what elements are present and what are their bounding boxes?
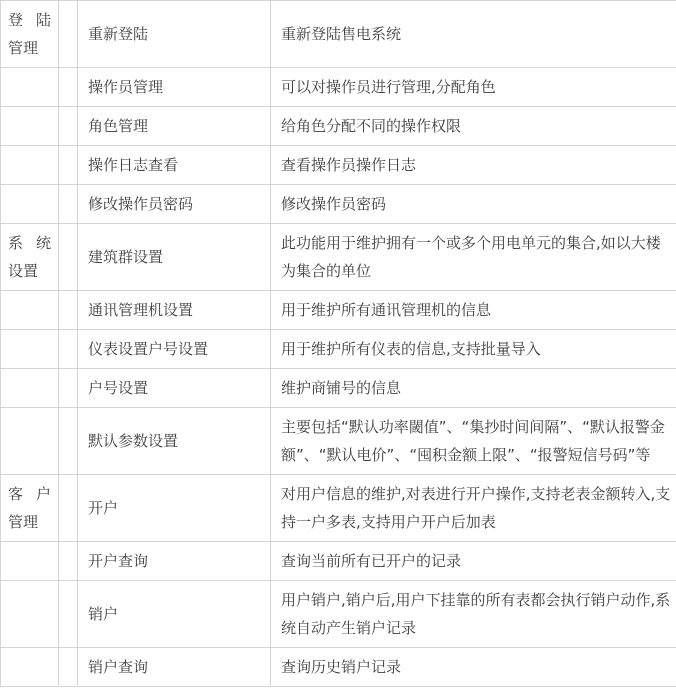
table-row: 通讯管理机设置 用于维护所有通讯管理机的信息: [1, 291, 676, 330]
description-cell: 查看操作员操作日志: [271, 146, 676, 185]
description-cell: 对用户信息的维护,对表进行开户操作,支持老表金额转入,支持一户多表,支持用户开户…: [271, 475, 676, 542]
spacer-cell: [59, 648, 78, 687]
description-cell: 修改操作员密码: [271, 185, 676, 224]
table-row: 客户管理 开户 对用户信息的维护,对表进行开户操作,支持老表金额转入,支持一户多…: [1, 475, 676, 542]
feature-cell: 通讯管理机设置: [78, 291, 271, 330]
table-row: 系统设置 建筑群设置 此功能用于维护拥有一个或多个用电单元的集合,如以大楼为集合…: [1, 224, 676, 291]
description-cell: 维护商铺号的信息: [271, 369, 676, 408]
feature-cell: 开户: [78, 475, 271, 542]
description-cell: 用于维护所有通讯管理机的信息: [271, 291, 676, 330]
feature-cell: 户号设置: [78, 369, 271, 408]
category-cell: [1, 185, 59, 224]
spacer-cell: [59, 330, 78, 369]
table-row: 默认参数设置 主要包括“默认功率閾值”、“集抄时间间隔”、“默认报警金额”、“默…: [1, 408, 676, 475]
category-cell: 登陆管理: [1, 1, 59, 68]
spacer-cell: [59, 107, 78, 146]
table-row: 开户查询 查询当前所有已开户的记录: [1, 542, 676, 581]
spacer-cell: [59, 185, 78, 224]
function-reference-table: 登陆管理 重新登陆 重新登陆售电系统 操作员管理 可以对操作员进行管理,分配角色…: [0, 0, 676, 687]
feature-cell: 操作员管理: [78, 68, 271, 107]
spacer-cell: [59, 408, 78, 475]
spacer-cell: [59, 224, 78, 291]
category-cell: 系统设置: [1, 224, 59, 291]
category-cell: [1, 369, 59, 408]
description-cell: 用于维护所有仪表的信息,支持批量导入: [271, 330, 676, 369]
table-row: 登陆管理 重新登陆 重新登陆售电系统: [1, 1, 676, 68]
table-row: 销户查询 查询历史销户记录: [1, 648, 676, 687]
feature-cell: 建筑群设置: [78, 224, 271, 291]
table-row: 操作员管理 可以对操作员进行管理,分配角色: [1, 68, 676, 107]
description-cell: 重新登陆售电系统: [271, 1, 676, 68]
feature-cell: 重新登陆: [78, 1, 271, 68]
table-row: 户号设置 维护商铺号的信息: [1, 369, 676, 408]
feature-cell: 开户查询: [78, 542, 271, 581]
category-cell: [1, 107, 59, 146]
spacer-cell: [59, 68, 78, 107]
description-cell: 查询当前所有已开户的记录: [271, 542, 676, 581]
category-cell: [1, 408, 59, 475]
spacer-cell: [59, 542, 78, 581]
category-cell: [1, 581, 59, 648]
feature-cell: 操作日志查看: [78, 146, 271, 185]
spacer-cell: [59, 369, 78, 408]
category-cell: [1, 648, 59, 687]
table-row: 操作日志查看 查看操作员操作日志: [1, 146, 676, 185]
table-row: 角色管理 给角色分配不同的操作权限: [1, 107, 676, 146]
category-cell: [1, 146, 59, 185]
feature-cell: 销户查询: [78, 648, 271, 687]
feature-cell: 默认参数设置: [78, 408, 271, 475]
table-row: 修改操作员密码 修改操作员密码: [1, 185, 676, 224]
description-cell: 查询历史销户记录: [271, 648, 676, 687]
spacer-cell: [59, 146, 78, 185]
description-cell: 可以对操作员进行管理,分配角色: [271, 68, 676, 107]
category-cell: [1, 330, 59, 369]
spacer-cell: [59, 1, 78, 68]
category-cell: 客户管理: [1, 475, 59, 542]
spacer-cell: [59, 291, 78, 330]
category-cell: [1, 68, 59, 107]
spacer-cell: [59, 475, 78, 542]
category-cell: [1, 542, 59, 581]
description-cell: 此功能用于维护拥有一个或多个用电单元的集合,如以大楼为集合的单位: [271, 224, 676, 291]
description-cell: 给角色分配不同的操作权限: [271, 107, 676, 146]
feature-cell: 修改操作员密码: [78, 185, 271, 224]
category-cell: [1, 291, 59, 330]
manual-page: 登陆管理 重新登陆 重新登陆售电系统 操作员管理 可以对操作员进行管理,分配角色…: [0, 0, 676, 695]
feature-cell: 销户: [78, 581, 271, 648]
table-row: 销户 用户销户,销户后,用户下挂靠的所有表都会执行销户动作,系统自动产生销户记录: [1, 581, 676, 648]
feature-cell: 仪表设置户号设置: [78, 330, 271, 369]
feature-cell: 角色管理: [78, 107, 271, 146]
description-cell: 用户销户,销户后,用户下挂靠的所有表都会执行销户动作,系统自动产生销户记录: [271, 581, 676, 648]
description-cell: 主要包括“默认功率閾值”、“集抄时间间隔”、“默认报警金额”、“默认电价”、“囤…: [271, 408, 676, 475]
spacer-cell: [59, 581, 78, 648]
table-row: 仪表设置户号设置 用于维护所有仪表的信息,支持批量导入: [1, 330, 676, 369]
